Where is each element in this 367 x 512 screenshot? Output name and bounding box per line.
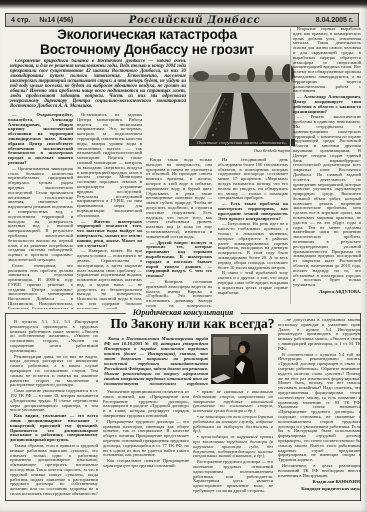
paragraph: Прекращение трудового договора — это пра…	[103, 420, 189, 458]
paragraph: Стало очевидным, что решением этих пробл…	[8, 264, 73, 309]
eco-article-lede: Сохранение природного баланса в Восточно…	[10, 59, 186, 110]
paragraph: Как видим, увольнение — это всего лишь д…	[10, 414, 98, 443]
paragraph: Увольнение принципиально отличается от т…	[103, 390, 189, 419]
paragraph: • не зависящих от воли сторон (призыв ра…	[193, 415, 273, 434]
paragraph: Вскрытие горных выработок идет, как прав…	[293, 27, 361, 94]
eco-article-headline: Экологическая катастрофа Восточному Донб…	[7, 27, 287, 56]
paragraph: …не допустимы в содержании закона, поско…	[278, 318, 361, 352]
legal-article-lede: Хотя в Постановлении Министерства труда …	[104, 336, 208, 386]
paragraph: Остановлюсь на задачах Центра мониторинг…	[77, 113, 142, 219]
paragraph: Лариса АВДУЛОВА.	[293, 290, 361, 295]
column-divider-rule	[290, 28, 291, 304]
paragraph: Несомненно, в целях реализации положений…	[278, 464, 361, 478]
eco-headline-line1: Экологическая катастрофа	[7, 27, 287, 42]
eco-column-3: Когда такая вода только выходит на повер…	[146, 158, 212, 309]
paragraph: — Охарактеризуйте, пожалуйста, Александр…	[8, 113, 73, 166]
paragraph: — Александр Александрович, Центр координ…	[293, 95, 361, 114]
paragraph: В связи с этой проблемой хочу сказать и …	[218, 271, 288, 295]
paragraph: • происходящих из нарушения правил при з…	[193, 435, 273, 459]
legal-column-4: …не допустимы в содержании закона, поско…	[278, 318, 361, 498]
eco-photo-treatment-facility: Очистные сооружения шахты «Аютинская».	[189, 55, 295, 146]
legal-article-box: Юридическая консультация По Закону или к…	[5, 313, 361, 501]
legal-column-2: Увольнение принципиально отличается от т…	[103, 390, 189, 495]
paragraph: — Контроль состояния приземной атмосферы…	[146, 280, 212, 309]
paragraph: Само понятие увольнения содержится в ст.…	[10, 389, 98, 413]
newspaper-page: 4 стр. №14 (456) Российский Донбасс 8.04…	[0, 0, 367, 512]
paragraph: Таким образом, если в приказе и трудовой…	[10, 444, 98, 496]
masthead: 4 стр. №14 (456) Российский Донбасс 8.04…	[5, 13, 359, 27]
paragraph: — Организованная ликвидация столь большо…	[8, 167, 73, 263]
eco-photo-caption-2: Они бездействуют...	[189, 148, 295, 153]
paragraph: Владислав ВАНЮХИН.	[278, 480, 361, 485]
eco-column-5: Вскрытие горных выработок идет, как прав…	[293, 27, 361, 305]
paragraph: В соответствии с пунктом 5.4 той же Инст…	[278, 353, 361, 463]
paragraph: — Есть такая проблема на шахтерских терр…	[218, 202, 288, 221]
eco-photo-caption: Очистные сооружения шахты «Аютинская».	[189, 139, 295, 146]
paragraph: — Безусловно. Но речь идет не о каких-то…	[218, 222, 288, 270]
paragraph: — Другой вопрос волнует и тревожит тех, …	[146, 241, 212, 279]
paragraph: — Жители шахтерских территорий опасаются…	[77, 220, 142, 249]
eco-column-4: На сегодняшний день обследовано более 10…	[218, 158, 288, 309]
paragraph: • прямо не связанных с виновными действи…	[193, 390, 273, 414]
legal-photo-woman-at-desk	[211, 334, 268, 384]
paragraph: В пунктах 5.1, 5.2, 5.3 Инструкции реком…	[10, 320, 98, 354]
eco-column-1: — Охарактеризуйте, пожалуйста, Александр…	[8, 113, 73, 309]
paragraph: Кандидат юридических наук.	[278, 487, 361, 492]
issue-date: 8.04.2005 г.	[316, 17, 353, 24]
legal-column-3: • прямо не связанных с виновными действи…	[193, 390, 273, 495]
paragraph: — Наверное, может. Но при одном условии …	[77, 249, 142, 309]
legal-article-headline: По Закону или как всегда?	[106, 317, 279, 331]
paragraph: Рекомендации даны, но из них не видно, к…	[10, 355, 98, 389]
paragraph: Когда такая вода только выходит на повер…	[146, 158, 212, 240]
legal-column-1: В пунктах 5.1, 5.2, 5.3 Инструкции реком…	[10, 320, 98, 496]
eco-headline-line2: Восточному Донбассу не грозит	[7, 42, 287, 57]
issue-number: №14 (456)	[39, 17, 73, 24]
paragraph: На сегодняшний день обследовано более 10…	[218, 158, 288, 201]
scan-edge-top	[0, 0, 367, 9]
page-number: 4 стр.	[11, 17, 30, 24]
paragraph: — Решать экологические проблемы в одиноч…	[293, 115, 361, 288]
eco-photo-image	[189, 55, 295, 146]
paragraph: Как специальное понятие Прекращение хара…	[103, 459, 189, 469]
eco-column-2: Остановлюсь на задачах Центра мониторинг…	[77, 113, 142, 309]
newspaper-title: Российский Донбасс	[82, 15, 306, 26]
legal-photo-image	[211, 334, 268, 384]
paragraph: Расторжение трудового договора — это око…	[193, 460, 273, 494]
